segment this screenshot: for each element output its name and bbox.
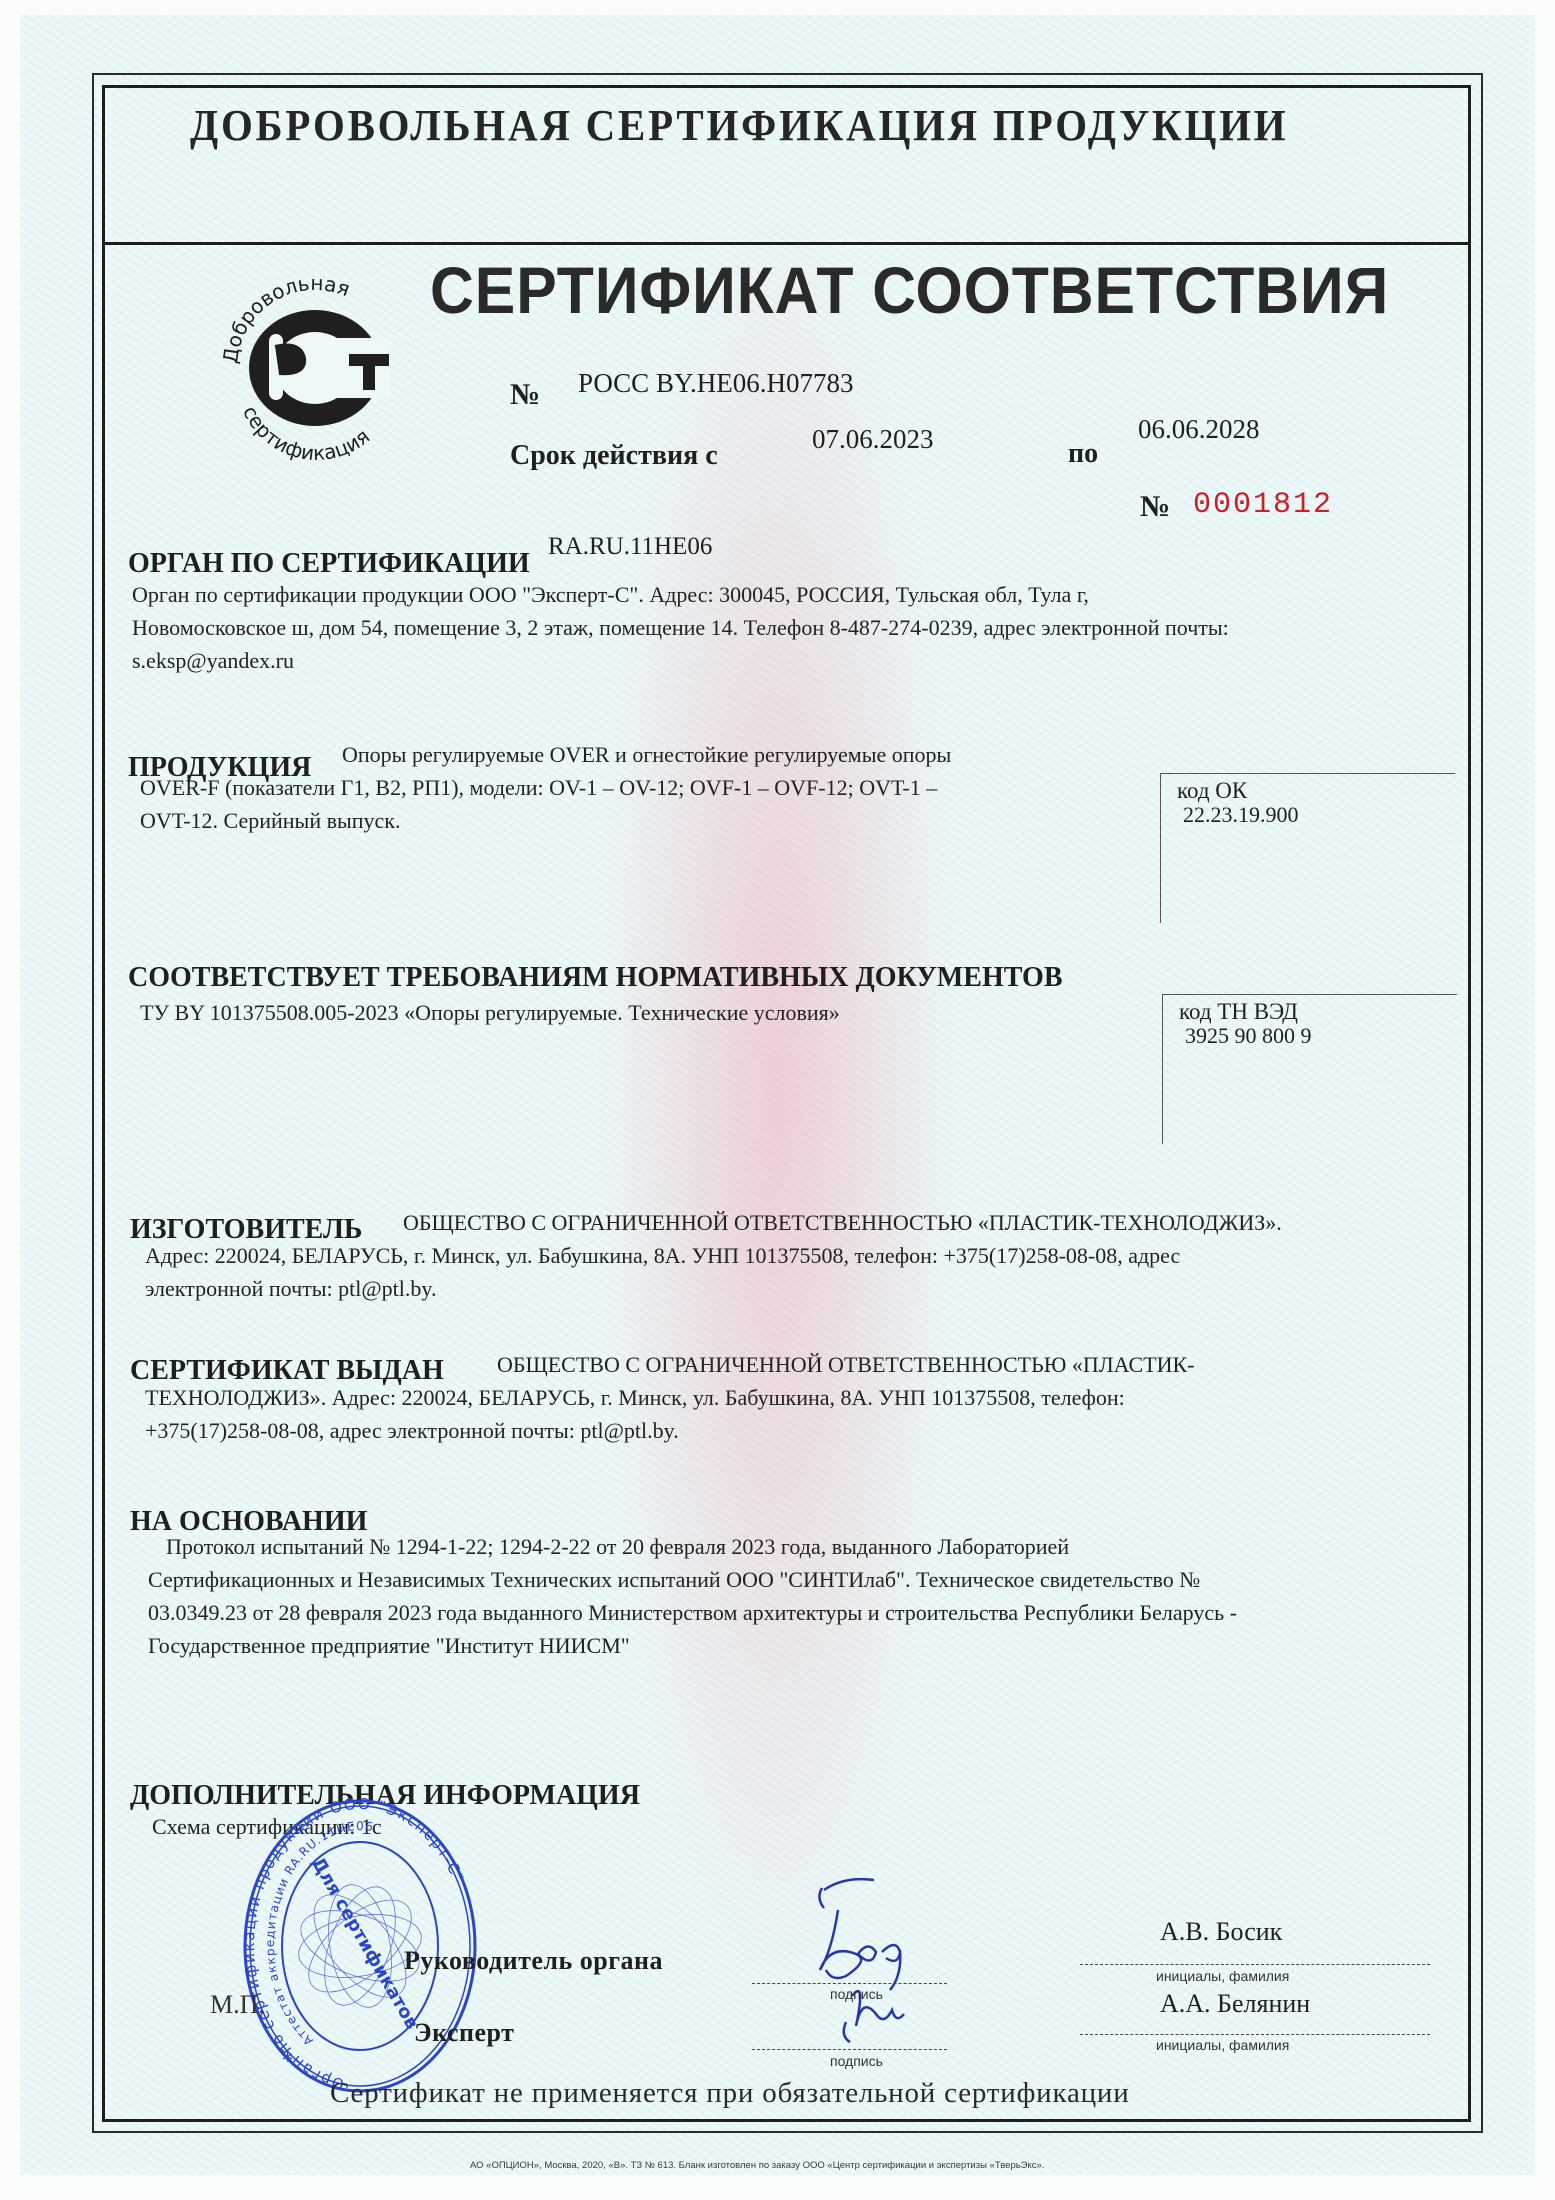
certification-body-details: Орган по сертификации продукции ООО "Экс… (132, 578, 1452, 677)
footer-note: Сертификат не применяется при обязательн… (330, 2077, 1130, 2110)
ok-code-box: код ОК 22.23.19.900 (1160, 773, 1455, 923)
printer-imprint: АО «ОПЦИОН», Москва, 2020, «В». ТЗ № 613… (470, 2160, 1044, 2171)
tnved-code-box: код ТН ВЭД 3925 90 800 9 (1162, 994, 1457, 1144)
validity-from-date: 07.06.2023 (812, 424, 934, 455)
text-line: OVER-F (показатели Г1, В2, РП1), модели:… (140, 771, 1140, 804)
expert-role-label: Эксперт (414, 2018, 514, 2048)
tnved-code-value: 3925 90 800 9 (1185, 1023, 1312, 1049)
head-name-caption: инициалы, фамилия (1156, 1968, 1289, 1984)
head-name-line (1080, 1964, 1430, 1965)
validity-to-label: по (1068, 438, 1098, 470)
text-line: +375(17)258-08-08, адрес электронной поч… (145, 1414, 1465, 1447)
head-role-label: Руководитель органа (404, 1946, 663, 1976)
conformity-heading: СООТВЕТСТВУЕТ ТРЕБОВАНИЯМ НОРМАТИВНЫХ ДО… (128, 962, 1063, 994)
svg-text:*: * (282, 2049, 293, 2074)
svg-text:Для сертификатов: Для сертификатов (307, 1854, 423, 2033)
ok-code-label: код ОК (1177, 778, 1247, 804)
text-line: Сертификационных и Независимых Техническ… (148, 1563, 1478, 1596)
text-line: Государственное предприятие "Институт НИ… (148, 1629, 1478, 1662)
text-line: Новомосковское ш, дом 54, помещение 3, 2… (132, 611, 1452, 644)
validity-label: Срок действия с (510, 440, 718, 472)
blank-serial-number: 0001812 (1193, 488, 1333, 522)
expert-signature-caption: подпись (830, 2053, 883, 2069)
manufacturer-details: ОБЩЕСТВО С ОГРАНИЧЕННОЙ ОТВЕТСТВЕННОСТЬЮ… (145, 1206, 1465, 1305)
text-line: Орган по сертификации продукции ООО "Экс… (132, 578, 1452, 611)
tnved-code-label: код ТН ВЭД (1179, 999, 1298, 1025)
text-line: ТЕХНОЛОДЖИЗ». Адрес: 220024, БЕЛАРУСЬ, г… (145, 1381, 1465, 1414)
head-signature-icon (800, 1870, 940, 2050)
expert-name-line (1080, 2034, 1430, 2035)
head-name: А.В. Босик (1160, 1917, 1282, 1947)
expert-name-caption: инициалы, фамилия (1156, 2037, 1289, 2053)
text-line: ОБЩЕСТВО С ОГРАНИЧЕННОЙ ОТВЕТСТВЕННОСТЬЮ… (145, 1348, 1465, 1381)
certificate-number: РОСС BY.НЕ06.Н07783 (578, 368, 853, 399)
blank-number-label: № (1140, 490, 1170, 524)
expert-name: А.А. Белянин (1160, 1989, 1310, 2019)
head-signature-caption: подпись (830, 1986, 883, 2002)
head-signature-line (752, 1983, 947, 1984)
text-line: электронной почты: ptl@ptl.by. (145, 1272, 1465, 1305)
seal-place-label: М.П. (210, 1990, 265, 2020)
text-line: ТУ BY 101375508.005-2023 «Опоры регулиру… (140, 996, 1140, 1029)
validity-to-date: 06.06.2028 (1138, 414, 1260, 445)
text-line: 03.0349.23 от 28 февраля 2023 года выдан… (148, 1596, 1478, 1629)
conformity-documents: ТУ BY 101375508.005-2023 «Опоры регулиру… (140, 996, 1140, 1029)
certification-body-heading: ОРГАН ПО СЕРТИФИКАЦИИ (128, 548, 530, 580)
text-line: Адрес: 220024, БЕЛАРУСЬ, г. Минск, ул. Б… (145, 1239, 1465, 1272)
basis-details: Протокол испытаний № 1294-1-22; 1294-2-2… (148, 1530, 1478, 1662)
voluntary-certification-logo-icon: Добровольная сертификация (215, 268, 415, 468)
text-line: Опоры регулируемые OVER и огнестойкие ре… (140, 738, 1140, 771)
header-divider (102, 242, 1471, 245)
text-line: OVT-12. Серийный выпуск. (140, 804, 1140, 837)
certificate-title: СЕРТИФИКАТ СООТВЕТСТВИЯ (430, 252, 1389, 328)
ok-code-value: 22.23.19.900 (1183, 802, 1299, 828)
product-description: Опоры регулируемые OVER и огнестойкие ре… (140, 738, 1140, 837)
header-title: ДОБРОВОЛЬНАЯ СЕРТИФИКАЦИЯ ПРОДУКЦИИ (190, 100, 1306, 151)
expert-signature-line (752, 2049, 947, 2050)
text-line: ОБЩЕСТВО С ОГРАНИЧЕННОЙ ОТВЕТСТВЕННОСТЬЮ… (145, 1206, 1465, 1239)
text-line: Протокол испытаний № 1294-1-22; 1294-2-2… (148, 1530, 1478, 1563)
certificate-number-label: № (510, 378, 540, 412)
text-line: s.eksp@yandex.ru (132, 644, 1452, 677)
certification-body-code: RA.RU.11НЕ06 (548, 533, 712, 561)
issued-to-details: ОБЩЕСТВО С ОГРАНИЧЕННОЙ ОТВЕТСТВЕННОСТЬЮ… (145, 1348, 1465, 1447)
